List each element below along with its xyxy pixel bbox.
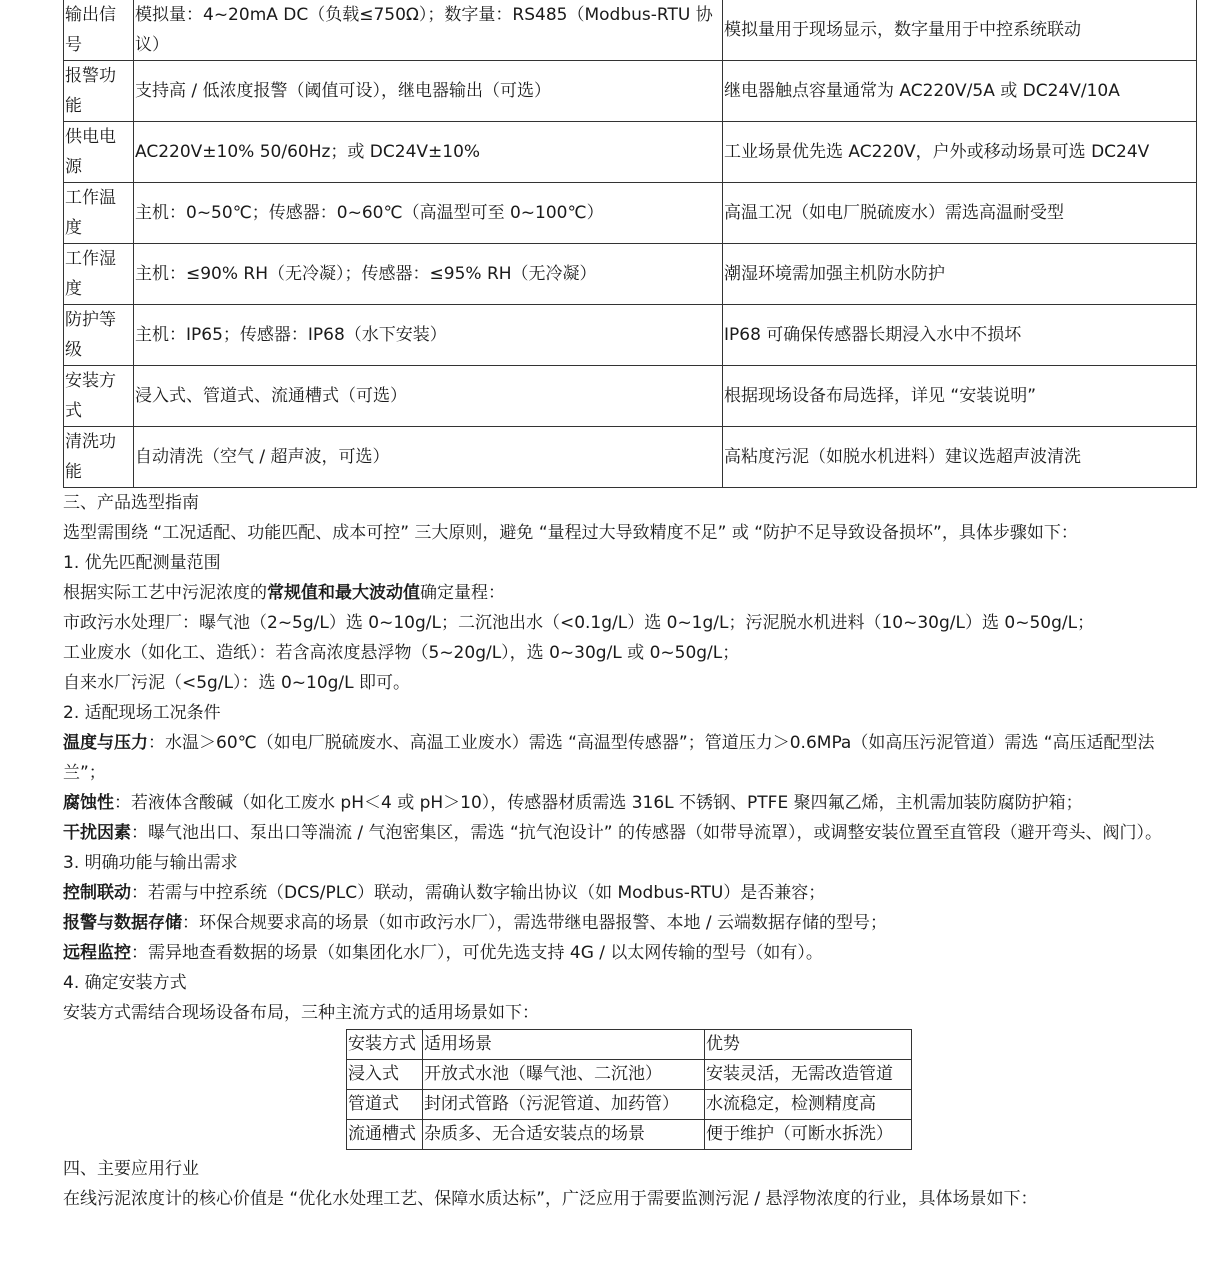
condition-label: 腐蚀性 [63,793,114,813]
spec-param-cell: 主机：IP65；传感器：IP68（水下安装） [134,305,723,366]
condition-label: 温度与压力 [63,733,148,753]
install-row-pipeline: 管道式 封闭式管路（污泥管道、加药管） 水流稳定，检测精度高 [347,1090,912,1120]
spec-row-installation: 安装方式 浸入式、管道式、流通槽式（可选） 根据现场设备布局选择，详见 “安装说… [64,366,1197,427]
install-table-wrapper: 安装方式 适用场景 优势 浸入式 开放式水池（曝气池、二沉池） 安装灵活，无需改… [63,1029,1195,1154]
spec-param-cell: 主机：≤90% RH（无冷凝）；传感器：≤95% RH（无冷凝） [134,244,723,305]
step1-lead: 根据实际工艺中污泥浓度的常规值和最大波动值确定量程： [63,578,1195,608]
step2-title: 2. 适配现场工况条件 [63,698,1195,728]
install-cell: 开放式水池（曝气池、二沉池） [423,1060,705,1090]
range-item-industrial: 工业废水（如化工、造纸）：若含高浓度悬浮物（5~20g/L），选 0~30g/L… [63,638,1195,668]
spec-param-cell: 浸入式、管道式、流通槽式（可选） [134,366,723,427]
condition-item-corrosion: 腐蚀性：若液体含酸碱（如化工废水 pH＜4 或 pH＞10），传感器材质需选 3… [63,788,1195,818]
selection-intro: 选型需围绕 “工况适配、功能匹配、成本可控” 三大原则，避免 “量程过大导致精度… [63,518,1195,548]
install-header-cell: 安装方式 [347,1030,423,1060]
function-item-control: 控制联动：若需与中控系统（DCS/PLC）联动，需确认数字输出协议（如 Modb… [63,878,1195,908]
range-item-municipal: 市政污水处理厂：曝气池（2~5g/L）选 0~10g/L；二沉池出水（<0.1g… [63,608,1195,638]
spec-note-cell: IP68 可确保传感器长期浸入水中不损坏 [723,305,1197,366]
spec-name-cell: 防护等级 [64,305,134,366]
condition-text: ：若液体含酸碱（如化工废水 pH＜4 或 pH＞10），传感器材质需选 316L… [114,793,1083,813]
spec-param-cell: 自动清洗（空气 / 超声波，可选） [134,427,723,488]
spec-param-cell: 支持高 / 低浓度报警（阈值可设），继电器输出（可选） [134,61,723,122]
spec-row-cleaning: 清洗功能 自动清洗（空气 / 超声波，可选） 高粘度污泥（如脱水机进料）建议选超… [64,427,1197,488]
function-text: ：环保合规要求高的场景（如市政污水厂），需选带继电器报警、本地 / 云端数据存储… [182,913,887,933]
step4-intro: 安装方式需结合现场设备布局，三种主流方式的适用场景如下： [63,998,1195,1028]
spec-note-cell: 潮湿环境需加强主机防水防护 [723,244,1197,305]
function-label: 远程监控 [63,943,131,963]
install-row-immersion: 浸入式 开放式水池（曝气池、二沉池） 安装灵活，无需改造管道 [347,1060,912,1090]
spec-param-cell: 主机：0~50℃；传感器：0~60℃（高温型可至 0~100℃） [134,183,723,244]
install-cell: 水流稳定，检测精度高 [705,1090,912,1120]
function-item-alarm-storage: 报警与数据存储：环保合规要求高的场景（如市政污水厂），需选带继电器报警、本地 /… [63,908,1195,938]
range-item-waterworks: 自来水厂污泥（<5g/L）：选 0~10g/L 即可。 [63,668,1195,698]
install-cell: 安装灵活，无需改造管道 [705,1060,912,1090]
spec-row-alarm: 报警功能 支持高 / 低浓度报警（阈值可设），继电器输出（可选） 继电器触点容量… [64,61,1197,122]
condition-text: ：曝气池出口、泵出口等湍流 / 气泡密集区，需选 “抗气泡设计” 的传感器（如带… [131,823,1162,843]
install-table-header: 安装方式 适用场景 优势 [347,1030,912,1060]
section-heading-applications: 四、主要应用行业 [63,1154,1195,1184]
spec-note-cell: 继电器触点容量通常为 AC220V/5A 或 DC24V/10A [723,61,1197,122]
step4-title: 4. 确定安装方式 [63,968,1195,998]
spec-table: 输出信号 模拟量：4~20mA DC（负载≤750Ω）；数字量：RS485（Mo… [63,0,1197,488]
step3-title: 3. 明确功能与输出需求 [63,848,1195,878]
install-methods-table: 安装方式 适用场景 优势 浸入式 开放式水池（曝气池、二沉池） 安装灵活，无需改… [346,1029,912,1150]
spec-row-protection: 防护等级 主机：IP65；传感器：IP68（水下安装） IP68 可确保传感器长… [64,305,1197,366]
function-label: 控制联动 [63,883,131,903]
spec-note-cell: 高温工况（如电厂脱硫废水）需选高温耐受型 [723,183,1197,244]
spec-name-cell: 工作湿度 [64,244,134,305]
spec-note-cell: 根据现场设备布局选择，详见 “安装说明” [723,366,1197,427]
condition-text: ：水温＞60℃（如电厂脱硫废水、高温工业废水）需选 “高温型传感器”；管道压力＞… [63,733,1155,783]
spec-row-output-signal: 输出信号 模拟量：4~20mA DC（负载≤750Ω）；数字量：RS485（Mo… [64,0,1197,61]
install-header-cell: 优势 [705,1030,912,1060]
install-cell: 杂质多、无合适安装点的场景 [423,1120,705,1150]
document-page: 输出信号 模拟量：4~20mA DC（负载≤750Ω）；数字量：RS485（Mo… [63,0,1195,1214]
spec-name-cell: 工作温度 [64,183,134,244]
function-text: ：若需与中控系统（DCS/PLC）联动，需确认数字输出协议（如 Modbus-R… [131,883,825,903]
step1-lead-bold: 常规值和最大波动值 [267,583,420,603]
spec-name-cell: 安装方式 [64,366,134,427]
spec-name-cell: 供电电源 [64,122,134,183]
spec-note-cell: 模拟量用于现场显示，数字量用于中控系统联动 [723,0,1197,61]
condition-item-temp-pressure: 温度与压力：水温＞60℃（如电厂脱硫废水、高温工业废水）需选 “高温型传感器”；… [63,728,1195,788]
condition-label: 干扰因素 [63,823,131,843]
spec-name-cell: 清洗功能 [64,427,134,488]
spec-param-cell: 模拟量：4~20mA DC（负载≤750Ω）；数字量：RS485（Modbus-… [134,0,723,61]
spec-name-cell: 报警功能 [64,61,134,122]
spec-note-cell: 工业场景优先选 AC220V，户外或移动场景可选 DC24V [723,122,1197,183]
spec-row-humidity: 工作湿度 主机：≤90% RH（无冷凝）；传感器：≤95% RH（无冷凝） 潮湿… [64,244,1197,305]
spec-note-cell: 高粘度污泥（如脱水机进料）建议选超声波清洗 [723,427,1197,488]
step1-lead-before: 根据实际工艺中污泥浓度的 [63,583,267,603]
spec-row-power: 供电电源 AC220V±10% 50/60Hz；或 DC24V±10% 工业场景… [64,122,1197,183]
function-text: ：需异地查看数据的场景（如集团化水厂），可优先选支持 4G / 以太网传输的型号… [131,943,823,963]
install-cell: 便于维护（可断水拆洗） [705,1120,912,1150]
install-cell: 流通槽式 [347,1120,423,1150]
step1-title: 1. 优先匹配测量范围 [63,548,1195,578]
install-cell: 管道式 [347,1090,423,1120]
condition-item-interference: 干扰因素：曝气池出口、泵出口等湍流 / 气泡密集区，需选 “抗气泡设计” 的传感… [63,818,1195,848]
section-heading-selection-guide: 三、产品选型指南 [63,488,1195,518]
install-header-cell: 适用场景 [423,1030,705,1060]
install-cell: 浸入式 [347,1060,423,1090]
applications-intro: 在线污泥浓度计的核心价值是 “优化水处理工艺、保障水质达标”，广泛应用于需要监测… [63,1184,1195,1214]
function-label: 报警与数据存储 [63,913,182,933]
function-item-remote: 远程监控：需异地查看数据的场景（如集团化水厂），可优先选支持 4G / 以太网传… [63,938,1195,968]
step1-lead-after: 确定量程： [420,583,505,603]
install-cell: 封闭式管路（污泥管道、加药管） [423,1090,705,1120]
spec-param-cell: AC220V±10% 50/60Hz；或 DC24V±10% [134,122,723,183]
spec-row-temperature: 工作温度 主机：0~50℃；传感器：0~60℃（高温型可至 0~100℃） 高温… [64,183,1197,244]
spec-name-cell: 输出信号 [64,0,134,61]
install-row-flow-cell: 流通槽式 杂质多、无合适安装点的场景 便于维护（可断水拆洗） [347,1120,912,1150]
